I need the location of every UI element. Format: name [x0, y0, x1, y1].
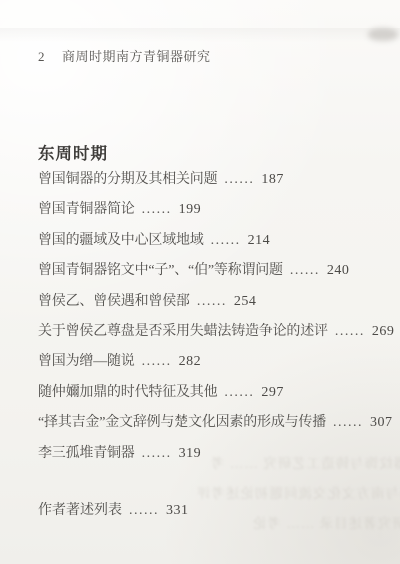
toc-leader-dots: ...... [335, 324, 365, 339]
toc-entry: 随仲嬭加鼎的时代特征及其他......297 [38, 381, 394, 411]
toc-leader-dots: ...... [142, 354, 172, 369]
toc-list: 曾国铜器的分期及其相关问题......187 曾国青铜器简论......199 … [38, 168, 394, 472]
toc-entry: “择其吉金”金文辞例与楚文化因素的形成与传播......307 [38, 411, 394, 441]
running-header: 2 商周时期南方青铜器研究 [38, 46, 380, 65]
scan-shadow-band [0, 28, 400, 42]
toc-entry-page-number: 214 [248, 233, 271, 248]
toc-leader-dots: ...... [224, 385, 254, 400]
toc-entry-title: 李三孤堆青铜器 [38, 446, 135, 461]
bleedthrough-text-line: 商周青铜器与南方文化交流问题初论述考评 [196, 482, 400, 502]
toc-entry-page-number: 269 [372, 324, 395, 339]
toc-entry: 曾侯乙、曾侯遇和曾侯郚......254 [38, 290, 394, 320]
toc-leader-dots: ...... [142, 202, 172, 217]
toc-leader-dots: ...... [333, 415, 363, 430]
toc-entry: 曾国的疆域及中心区域地域......214 [38, 229, 394, 259]
toc-entry-title: 曾国的疆域及中心区域地域 [38, 233, 204, 248]
toc-entry-title: 曾国青铜器铭文中“子”、“伯”等称谓问题 [38, 263, 283, 278]
toc-entry-page-number: 187 [261, 172, 284, 187]
toc-appendix-entry: 作者著述列表......331 [38, 499, 189, 519]
toc-entry-page-number: 297 [261, 385, 284, 400]
toc-entry-title: 随仲嬭加鼎的时代特征及其他 [38, 385, 217, 400]
toc-entry-title: 曾国为缯—随说 [38, 354, 135, 369]
toc-entry: 曾国为缯—随说......282 [38, 350, 394, 380]
toc-entry-title: 曾侯乙、曾侯遇和曾侯郚 [38, 294, 190, 309]
toc-entry-page-number: 254 [234, 294, 257, 309]
header-book-title: 商周时期南方青铜器研究 [62, 46, 211, 65]
toc-leader-dots: ...... [129, 503, 159, 518]
toc-entry-title: 曾国青铜器简论 [38, 202, 135, 217]
section-heading: 东周时期 [38, 140, 108, 164]
toc-entry-page-number: 240 [327, 263, 350, 278]
toc-entry: 曾国铜器的分期及其相关问题......187 [38, 168, 394, 198]
toc-entry-title: 作者著述列表 [38, 503, 122, 518]
header-page-number: 2 [38, 49, 45, 65]
toc-entry-title: 曾国铜器的分期及其相关问题 [38, 172, 217, 187]
toc-entry: 关于曾侯乙尊盘是否采用失蜡法铸造争论的述评......269 [38, 320, 394, 350]
toc-leader-dots: ...... [224, 172, 254, 187]
toc-leader-dots: ...... [197, 294, 227, 309]
toc-entry-page-number: 199 [179, 202, 202, 217]
toc-entry-page-number: 319 [179, 446, 202, 461]
toc-entry-page-number: 282 [179, 354, 202, 369]
toc-entry: 曾国青铜器铭文中“子”、“伯”等称谓问题......240 [38, 259, 394, 289]
toc-entry-page-number: 331 [166, 503, 189, 518]
bleedthrough-text-line: 论青铜器纹饰与铸造工艺研究 …… 考 [210, 452, 400, 472]
toc-entry-title: “择其吉金”金文辞例与楚文化因素的形成与传播 [38, 415, 326, 430]
toc-leader-dots: ...... [142, 446, 172, 461]
toc-leader-dots: ...... [211, 233, 241, 248]
toc-entry: 曾国青铜器简论......199 [38, 198, 394, 228]
bleedthrough-text-line: 青铜器研究著述目录 …… 考论 [252, 512, 400, 532]
scan-corner-smudge [368, 28, 398, 41]
toc-entry-title: 关于曾侯乙尊盘是否采用失蜡法铸造争论的述评 [38, 324, 328, 339]
toc-entry-page-number: 307 [370, 415, 393, 430]
toc-leader-dots: ...... [290, 263, 320, 278]
